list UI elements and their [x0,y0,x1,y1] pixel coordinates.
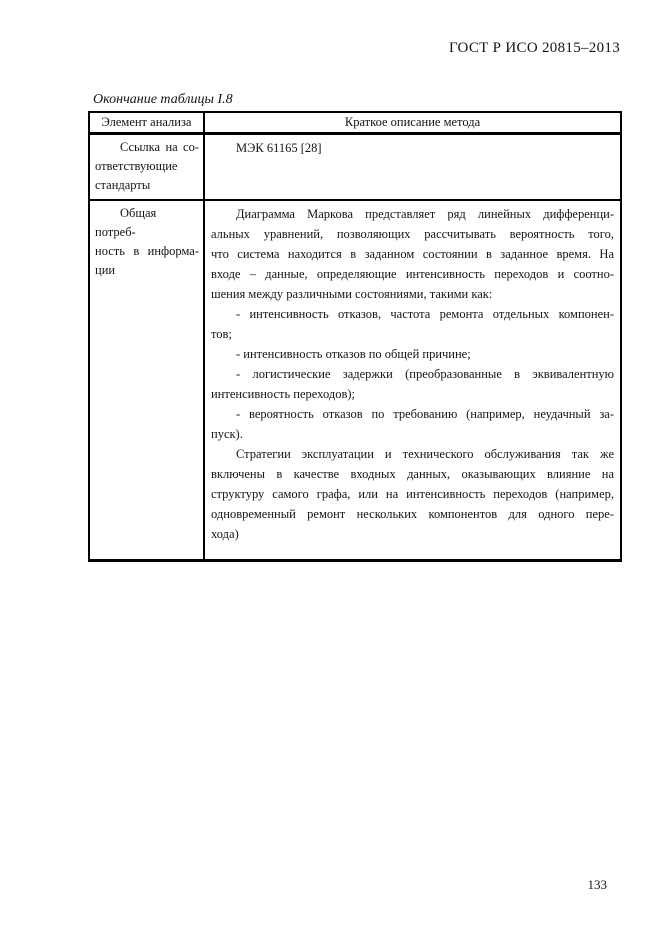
text-line: ность в информа- [95,242,199,261]
paragraph: Диаграмма Маркова представляет ряд линей… [211,204,614,304]
page-number: 133 [588,877,608,892]
paragraph: - логистические задержки (преобразованны… [211,364,614,404]
paragraph: - интенсивность отказов, частота ремонта… [211,304,614,344]
element-cell: Ссылка на со-ответствующиестандарты [89,134,204,200]
table-header-row: Элемент анализа Краткое описание метода [89,112,621,134]
text-line: одновременный ремонт нескольких компонен… [211,504,614,524]
table-row: Общая потреб-ность в информа-цииДиаграмм… [89,200,621,561]
element-cell: Общая потреб-ность в информа-ции [89,200,204,561]
text-line: пуск). [211,424,614,444]
column-header-element: Элемент анализа [89,112,204,134]
text-line: - интенсивность отказов по общей причине… [211,344,614,364]
text-line: Общая потреб- [95,204,199,242]
text-line: тов; [211,324,614,344]
standard-number-header: ГОСТ Р ИСО 20815–2013 [449,40,620,57]
paragraph: Ссылка на со-ответствующиестандарты [95,138,199,195]
text-line: интенсивность переходов); [211,384,614,404]
text-line: - вероятность отказов по требованию (нап… [211,404,614,424]
paragraph: - интенсивность отказов по общей причине… [211,344,614,364]
text-line: ответствующие [95,157,199,176]
text-line: - логистические задержки (преобразованны… [211,364,614,384]
text-line: включены в качестве входных данных, оказ… [211,464,614,484]
text-line: что система находится в заданном состоян… [211,244,614,264]
text-line: структуру самого графа, или на интенсивн… [211,484,614,504]
text-line: альных уравнений, позволяющих рассчитыва… [211,224,614,244]
column-header-description: Краткое описание метода [204,112,621,134]
text-line: Стратегии эксплуатации и технического об… [211,444,614,464]
text-line: Ссылка на со- [95,138,199,157]
analysis-method-table: Элемент анализа Краткое описание метода … [88,111,622,562]
document-page: ГОСТ Р ИСО 20815–2013 Окончание таблицы … [0,0,661,936]
text-line: ции [95,261,199,280]
table-row: Ссылка на со-ответствующиестандартыМЭК 6… [89,134,621,200]
text-line: МЭК 61165 [28] [211,138,614,158]
text-line: - интенсивность отказов, частота ремонта… [211,304,614,324]
text-line: входе – данные, определяющие интенсивнос… [211,264,614,284]
paragraph: - вероятность отказов по требованию (нап… [211,404,614,444]
paragraph: Стратегии эксплуатации и технического об… [211,444,614,544]
text-line: шения между различными состояниями, таки… [211,284,614,304]
table-body: Ссылка на со-ответствующиестандартыМЭК 6… [89,134,621,561]
table-caption: Окончание таблицы I.8 [93,92,233,108]
paragraph: МЭК 61165 [28] [211,138,614,158]
description-cell: МЭК 61165 [28] [204,134,621,200]
text-line: Диаграмма Маркова представляет ряд линей… [211,204,614,224]
text-line: хода) [211,524,614,544]
paragraph: Общая потреб-ность в информа-ции [95,204,199,280]
description-cell: Диаграмма Маркова представляет ряд линей… [204,200,621,561]
text-line: стандарты [95,176,199,195]
